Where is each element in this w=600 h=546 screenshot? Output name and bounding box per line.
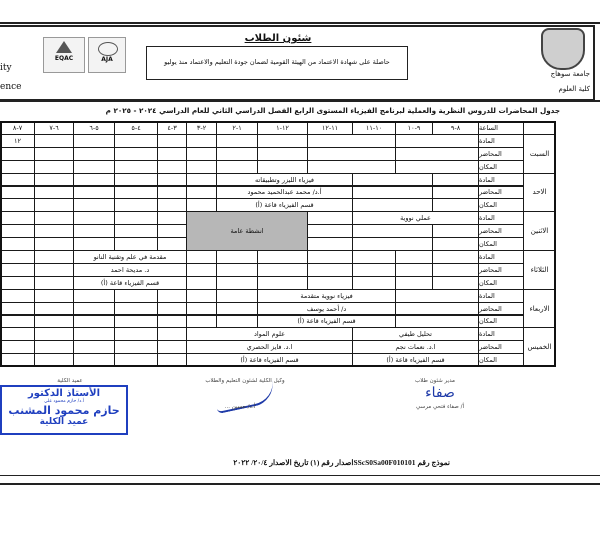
wednesday-slot[interactable] bbox=[216, 302, 258, 316]
header-corner-cell bbox=[523, 121, 556, 135]
day-cell-2: الاثنين bbox=[523, 211, 556, 251]
row-label-cell: المادة bbox=[478, 289, 524, 303]
saturday-slot[interactable] bbox=[257, 160, 308, 174]
thursday-lecture-1-lecturer[interactable]: ا.د. نعمات نجم bbox=[352, 340, 479, 354]
monday-lab-subject[interactable]: عملي نووية bbox=[352, 211, 479, 225]
wednesday-slot[interactable] bbox=[395, 289, 479, 303]
wednesday-slot[interactable] bbox=[216, 289, 258, 303]
affairs-name: أ/ صفاء فتحي مرسي bbox=[405, 404, 475, 410]
dean-stamp: الأستاذ الدكتور أ.د/ حازم محمود علي حازم… bbox=[0, 385, 128, 435]
affairs-title: مدير شئون طلاب bbox=[405, 378, 465, 384]
day-cell-4: الاربعاء bbox=[523, 289, 556, 329]
sunday-slot[interactable] bbox=[34, 173, 74, 187]
wednesday-lecture-subject[interactable]: فيزياء نووية متقدمة bbox=[257, 289, 396, 303]
tuesday-slot[interactable] bbox=[216, 250, 258, 264]
sunday-slot[interactable] bbox=[157, 198, 187, 212]
tuesday-slot[interactable] bbox=[0, 250, 35, 264]
tuesday-slot[interactable] bbox=[186, 276, 217, 290]
sunday-slot[interactable] bbox=[114, 198, 158, 212]
monday-slot[interactable] bbox=[307, 237, 353, 251]
row-label-cell: المحاضر bbox=[478, 302, 524, 316]
wednesday-slot[interactable] bbox=[186, 302, 217, 316]
wednesday-slot[interactable] bbox=[114, 302, 158, 316]
day-cell-1: الاحد bbox=[523, 173, 556, 213]
tuesday-slot[interactable] bbox=[34, 250, 74, 264]
row-label-cell: المحاضر bbox=[478, 263, 524, 277]
saturday-slot[interactable] bbox=[114, 134, 158, 148]
row-label-cell: المادة bbox=[478, 327, 524, 341]
saturday-slot[interactable] bbox=[73, 160, 115, 174]
vice-dean-title: وكيل الكلية لشئون التعليم والطلاب bbox=[195, 378, 295, 384]
tuesday-slot[interactable] bbox=[257, 263, 308, 277]
wednesday-lecture-place[interactable]: قسم الفيزياء قاعة (أ) bbox=[257, 315, 396, 329]
wednesday-slot[interactable] bbox=[73, 302, 115, 316]
time-slot-header: ١٢-١ bbox=[257, 121, 308, 135]
stamp-line-2: حازم محمود المشنب bbox=[2, 404, 126, 417]
row-label-cell: المادة bbox=[478, 250, 524, 264]
sunday-slot[interactable] bbox=[34, 186, 74, 200]
stamp-line-1: الأستاذ الدكتور bbox=[2, 388, 126, 399]
monday-slot[interactable] bbox=[0, 211, 35, 225]
sunday-slot[interactable] bbox=[73, 173, 115, 187]
time-slot-header: ٤-٥ bbox=[114, 121, 158, 135]
tuesday-slot[interactable] bbox=[307, 276, 353, 290]
footer-rule-double bbox=[0, 483, 600, 485]
sunday-slot[interactable] bbox=[157, 186, 187, 200]
saturday-slot[interactable] bbox=[257, 134, 308, 148]
tuesday-slot[interactable] bbox=[352, 250, 396, 264]
row-label-cell: المكان bbox=[478, 198, 524, 212]
tuesday-slot[interactable] bbox=[216, 263, 258, 277]
saturday-slot[interactable] bbox=[307, 160, 396, 174]
tuesday-slot[interactable] bbox=[432, 263, 479, 277]
sunday-slot[interactable] bbox=[432, 173, 479, 187]
monday-slot[interactable] bbox=[0, 224, 35, 238]
tuesday-slot[interactable] bbox=[257, 276, 308, 290]
saturday-slot[interactable] bbox=[186, 160, 217, 174]
wednesday-slot[interactable] bbox=[157, 302, 187, 316]
wednesday-slot[interactable] bbox=[34, 302, 74, 316]
monday-slot[interactable] bbox=[114, 211, 158, 225]
wednesday-slot[interactable] bbox=[157, 289, 187, 303]
saturday-slot[interactable] bbox=[114, 147, 158, 161]
time-slot-header: ٨-٩ bbox=[432, 121, 479, 135]
wednesday-slot[interactable] bbox=[0, 289, 35, 303]
wednesday-slot[interactable] bbox=[114, 289, 158, 303]
saturday-slot[interactable] bbox=[157, 160, 187, 174]
sunday-slot[interactable] bbox=[157, 173, 187, 187]
tuesday-slot[interactable] bbox=[395, 263, 433, 277]
saturday-slot[interactable] bbox=[395, 134, 479, 148]
saturday-slot[interactable] bbox=[216, 147, 258, 161]
saturday-slot[interactable] bbox=[395, 160, 479, 174]
row-label-cell: المادة bbox=[478, 173, 524, 187]
thursday-slot[interactable] bbox=[73, 340, 115, 354]
wednesday-slot[interactable] bbox=[186, 289, 217, 303]
monday-slot[interactable] bbox=[114, 237, 158, 251]
row-label-cell: المادة bbox=[478, 211, 524, 225]
sunday-slot[interactable] bbox=[186, 173, 217, 187]
time-slot-header: ٥-٦ bbox=[73, 121, 115, 135]
sunday-lecture-place[interactable]: قسم الفيزياء قاعة (أ) bbox=[216, 198, 353, 212]
monday-slot[interactable] bbox=[157, 237, 187, 251]
wednesday-slot[interactable] bbox=[73, 315, 115, 329]
saturday-slot[interactable] bbox=[257, 147, 308, 161]
thursday-slot[interactable] bbox=[0, 340, 35, 354]
monday-slot[interactable] bbox=[157, 211, 187, 225]
tuesday-slot[interactable] bbox=[307, 250, 353, 264]
sunday-slot[interactable] bbox=[352, 186, 433, 200]
thursday-slot[interactable] bbox=[114, 327, 158, 341]
row-label-cell: المكان bbox=[478, 237, 524, 251]
saturday-slot[interactable] bbox=[307, 147, 396, 161]
sunday-lecture-lecturer[interactable]: أ.د/ محمد عبدالحميد محمود bbox=[216, 186, 353, 200]
thursday-slot[interactable] bbox=[114, 340, 158, 354]
sunday-slot[interactable] bbox=[114, 173, 158, 187]
saturday-slot[interactable] bbox=[157, 147, 187, 161]
sunday-slot[interactable] bbox=[186, 186, 217, 200]
thursday-lecture-1-place[interactable]: قسم الفيزياء قاعة (أ) bbox=[352, 353, 479, 367]
sunday-slot[interactable] bbox=[0, 198, 35, 212]
thursday-lecture-2-lecturer[interactable]: ا.د. فايز الحصري bbox=[186, 340, 353, 354]
monday-slot[interactable] bbox=[307, 224, 353, 238]
wednesday-slot[interactable] bbox=[157, 315, 187, 329]
saturday-slot[interactable] bbox=[307, 134, 396, 148]
wednesday-slot[interactable] bbox=[395, 315, 479, 329]
thursday-lecture-1-subject[interactable]: تحليل طيفي bbox=[352, 327, 479, 341]
sunday-slot[interactable] bbox=[186, 198, 217, 212]
tuesday-slot[interactable] bbox=[395, 250, 433, 264]
saturday-slot[interactable] bbox=[0, 147, 35, 161]
day-cell-3: الثلاثاء bbox=[523, 250, 556, 290]
monday-slot[interactable] bbox=[73, 237, 115, 251]
stamp-line-3: عميد الكلية bbox=[2, 417, 126, 427]
sunday-slot[interactable] bbox=[0, 186, 35, 200]
time-slot-header: ١٠-١١ bbox=[352, 121, 396, 135]
row-label-cell: المحاضر bbox=[478, 340, 524, 354]
row-label-cell: المكان bbox=[478, 315, 524, 329]
affairs-signature: صفاء bbox=[410, 385, 470, 401]
saturday-slot[interactable] bbox=[34, 160, 74, 174]
form-footer: نموذج رقم SScS0Sa00F010101اصدار رقم (١) … bbox=[90, 458, 450, 467]
thursday-lecture-2-place[interactable]: قسم الفيزياء قاعة (أ) bbox=[186, 353, 353, 367]
row-label-cell: المكان bbox=[478, 276, 524, 290]
thursday-slot[interactable] bbox=[114, 353, 158, 367]
thursday-slot[interactable] bbox=[157, 327, 187, 341]
time-slot-header: ٦-٧ bbox=[34, 121, 74, 135]
monday-slot[interactable] bbox=[73, 224, 115, 238]
tuesday-slot[interactable] bbox=[186, 250, 217, 264]
sunday-slot[interactable] bbox=[73, 198, 115, 212]
row-label-cell: المكان bbox=[478, 353, 524, 367]
day-cell-5: الخميس bbox=[523, 327, 556, 367]
hour-label-cell: الساعة bbox=[478, 121, 524, 135]
tuesday-slot[interactable] bbox=[216, 276, 258, 290]
monday-slot[interactable] bbox=[352, 237, 433, 251]
thursday-slot[interactable] bbox=[157, 340, 187, 354]
thursday-slot[interactable] bbox=[0, 327, 35, 341]
tuesday-slot[interactable] bbox=[34, 276, 74, 290]
sunday-slot[interactable] bbox=[0, 173, 35, 187]
wednesday-slot[interactable] bbox=[186, 315, 217, 329]
monday-slot[interactable] bbox=[432, 224, 479, 238]
time-slot-header: ١١-١٢ bbox=[307, 121, 353, 135]
tuesday-slot[interactable] bbox=[432, 276, 479, 290]
saturday-slot[interactable] bbox=[34, 147, 74, 161]
sunday-slot[interactable] bbox=[34, 198, 74, 212]
row-label-cell: المحاضر bbox=[478, 224, 524, 238]
saturday-slot[interactable] bbox=[34, 134, 74, 148]
thursday-lecture-2-subject[interactable]: علوم المواد bbox=[186, 327, 353, 341]
wednesday-slot[interactable] bbox=[395, 302, 479, 316]
wednesday-slot[interactable] bbox=[114, 315, 158, 329]
tuesday-slot[interactable] bbox=[34, 263, 74, 277]
saturday-slot[interactable] bbox=[216, 160, 258, 174]
tuesday-slot[interactable] bbox=[257, 250, 308, 264]
tuesday-lecture-subject[interactable]: مقدمة في علم وتقنية النانو bbox=[73, 250, 187, 264]
monday-slot[interactable] bbox=[34, 237, 74, 251]
time-slot-header: ٧-٨ bbox=[0, 121, 35, 135]
monday-slot[interactable] bbox=[157, 224, 187, 238]
time-slot-header: ٩-١٠ bbox=[395, 121, 433, 135]
sunday-lecture-subject[interactable]: فيزياء الليزر وتطبيقاته bbox=[216, 173, 353, 187]
tuesday-slot[interactable] bbox=[352, 276, 396, 290]
thursday-slot[interactable] bbox=[73, 353, 115, 367]
monday-slot[interactable] bbox=[114, 224, 158, 238]
thursday-slot[interactable] bbox=[0, 353, 35, 367]
time-slot-header: ٢-٣ bbox=[186, 121, 217, 135]
monday-slot[interactable] bbox=[432, 237, 479, 251]
thursday-slot[interactable] bbox=[73, 327, 115, 341]
monday-slot[interactable] bbox=[307, 211, 353, 225]
saturday-slot[interactable] bbox=[0, 160, 35, 174]
sunday-slot[interactable] bbox=[73, 186, 115, 200]
monday-slot[interactable] bbox=[34, 224, 74, 238]
saturday-slot[interactable] bbox=[157, 134, 187, 148]
saturday-slot[interactable] bbox=[186, 134, 217, 148]
wednesday-slot[interactable] bbox=[34, 315, 74, 329]
day-cell-0: السبت bbox=[523, 134, 556, 174]
footer-rule bbox=[0, 475, 600, 476]
time-slot-header: ١-٢ bbox=[216, 121, 258, 135]
thursday-slot[interactable] bbox=[34, 353, 74, 367]
sunday-slot[interactable] bbox=[352, 198, 433, 212]
row-label-cell: المحاضر bbox=[478, 147, 524, 161]
saturday-slot[interactable] bbox=[216, 134, 258, 148]
sunday-slot[interactable] bbox=[114, 186, 158, 200]
wednesday-slot[interactable] bbox=[216, 315, 258, 329]
monday-slot[interactable] bbox=[73, 211, 115, 225]
thursday-slot[interactable] bbox=[34, 340, 74, 354]
monday-slot[interactable] bbox=[352, 224, 433, 238]
tuesday-slot[interactable] bbox=[432, 250, 479, 264]
tuesday-slot[interactable] bbox=[0, 276, 35, 290]
tuesday-lecture-lecturer[interactable]: د. مديحة احمد bbox=[73, 263, 187, 277]
thursday-slot[interactable] bbox=[157, 353, 187, 367]
wednesday-slot[interactable] bbox=[73, 289, 115, 303]
row-label-cell: المادة bbox=[478, 134, 524, 148]
sunday-slot[interactable] bbox=[352, 173, 433, 187]
tuesday-slot[interactable] bbox=[307, 263, 353, 277]
tuesday-slot[interactable] bbox=[352, 263, 396, 277]
saturday-slot[interactable] bbox=[186, 147, 217, 161]
row-label-cell: المحاضر bbox=[478, 186, 524, 200]
sunday-slot[interactable] bbox=[432, 186, 479, 200]
saturday-slot[interactable] bbox=[73, 134, 115, 148]
time-slot-header: ٣-٤ bbox=[157, 121, 187, 135]
wednesday-slot[interactable] bbox=[0, 302, 35, 316]
wednesday-slot[interactable] bbox=[34, 289, 74, 303]
saturday-slot[interactable] bbox=[395, 147, 479, 161]
tuesday-slot[interactable] bbox=[186, 263, 217, 277]
tuesday-slot[interactable] bbox=[0, 263, 35, 277]
wednesday-slot[interactable] bbox=[0, 315, 35, 329]
vice-dean-name: أ.د/ حسين ... bbox=[200, 404, 280, 410]
saturday-slot[interactable] bbox=[114, 160, 158, 174]
monday-slot[interactable] bbox=[34, 211, 74, 225]
sunday-slot[interactable] bbox=[432, 198, 479, 212]
wednesday-lecture-lecturer[interactable]: د/ أحمد يوسف bbox=[257, 302, 396, 316]
tuesday-slot[interactable] bbox=[395, 276, 433, 290]
slot-annotation: ١٢ bbox=[0, 134, 35, 148]
tuesday-lecture-place[interactable]: قسم الفيزياء قاعة (أ) bbox=[73, 276, 187, 290]
monday-activity-block[interactable]: انشطة عامة bbox=[186, 211, 308, 251]
saturday-slot[interactable] bbox=[73, 147, 115, 161]
row-label-cell: المكان bbox=[478, 160, 524, 174]
thursday-slot[interactable] bbox=[34, 327, 74, 341]
monday-slot[interactable] bbox=[0, 237, 35, 251]
dean-title: عميد الكلية bbox=[40, 378, 100, 384]
